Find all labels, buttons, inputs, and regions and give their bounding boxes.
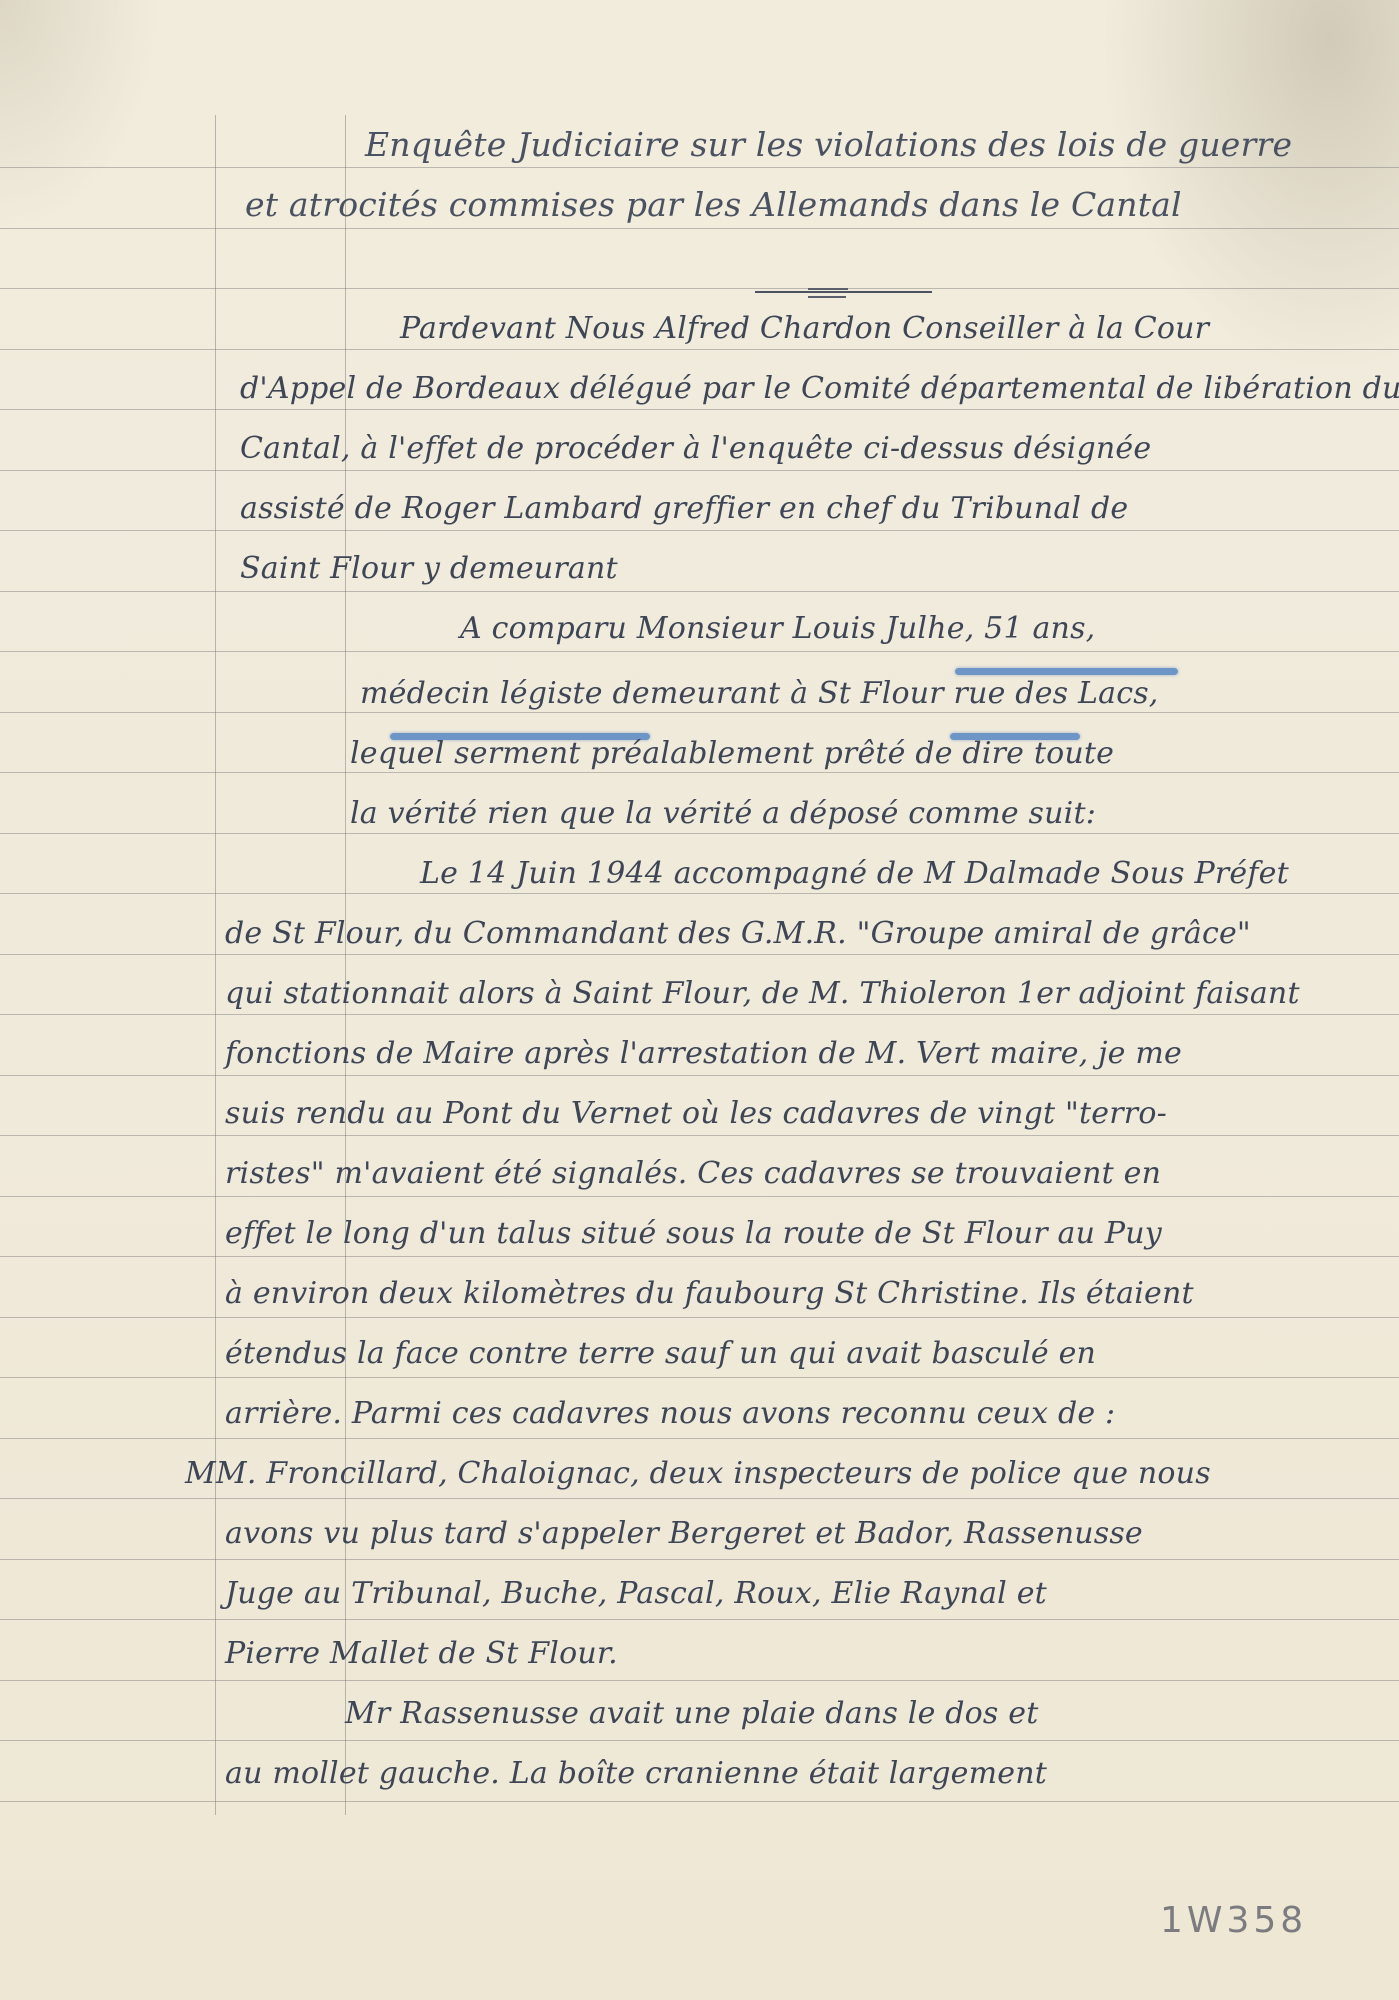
ruled-line (0, 1438, 1399, 1439)
body-line: Juge au Tribunal, Buche, Pascal, Roux, E… (225, 1577, 1047, 1611)
ruled-line (0, 1075, 1399, 1076)
handwritten-document-page: Enquête Judiciaire sur les violations de… (0, 0, 1399, 2000)
body-line: arrière. Parmi ces cadavres nous avons r… (225, 1397, 1115, 1431)
ruled-line (0, 1680, 1399, 1681)
body-line: fonctions de Maire après l'arrestation d… (225, 1037, 1182, 1071)
body-line: Pierre Mallet de St Flour. (225, 1637, 618, 1671)
ruled-line (0, 409, 1399, 410)
ruled-line (0, 167, 1399, 168)
ruled-line (0, 712, 1399, 713)
body-line: au mollet gauche. La boîte cranienne éta… (225, 1757, 1047, 1791)
margin-line-inner (345, 115, 346, 1815)
archive-reference-mark: 1W358 (1160, 1900, 1307, 1941)
ruled-line (0, 288, 1399, 289)
ruled-line (0, 1135, 1399, 1136)
body-line: de St Flour, du Commandant des G.M.R. "G… (225, 917, 1251, 951)
body-line: suis rendu au Pont du Vernet où les cada… (225, 1097, 1167, 1131)
ruled-line (0, 651, 1399, 652)
body-line: lequel serment préalablement prêté de di… (350, 737, 1114, 771)
blue-underline-louis-julhe (955, 668, 1178, 675)
body-line: MM. Froncillard, Chaloignac, deux inspec… (185, 1457, 1211, 1491)
document-title-line-2: et atrocités commises par les Allemands … (245, 188, 1182, 222)
body-line: A comparu Monsieur Louis Julhe, 51 ans, (460, 612, 1095, 646)
title-divider (755, 291, 932, 293)
body-line: qui stationnait alors à Saint Flour, de … (225, 977, 1300, 1011)
body-line: Saint Flour y demeurant (240, 552, 618, 586)
body-line: médecin légiste demeurant à St Flour rue… (360, 677, 1159, 711)
ruled-line (0, 228, 1399, 229)
body-line: Pardevant Nous Alfred Chardon Conseiller… (400, 312, 1209, 346)
body-line: ristes" m'avaient été signalés. Ces cada… (225, 1157, 1161, 1191)
body-line: à environ deux kilomètres du faubourg St… (225, 1277, 1194, 1311)
ruled-line (0, 591, 1399, 592)
body-line: la vérité rien que la vérité a déposé co… (350, 797, 1096, 831)
body-line: Mr Rassenusse avait une plaie dans le do… (345, 1697, 1038, 1731)
ruled-line (0, 1377, 1399, 1378)
ruled-line (0, 1498, 1399, 1499)
ruled-line (0, 954, 1399, 955)
ruled-line (0, 1317, 1399, 1318)
title-divider-mark-bottom (808, 296, 846, 298)
ruled-line (0, 772, 1399, 773)
document-title-line-1: Enquête Judiciaire sur les violations de… (365, 128, 1292, 162)
ruled-line (0, 833, 1399, 834)
ruled-line (0, 349, 1399, 350)
body-line: avons vu plus tard s'appeler Bergeret et… (225, 1517, 1143, 1551)
ruled-line (0, 470, 1399, 471)
ruled-line (0, 1740, 1399, 1741)
ruled-line (0, 1014, 1399, 1015)
ruled-line (0, 1559, 1399, 1560)
ruled-line (0, 1196, 1399, 1197)
body-line: assisté de Roger Lambard greffier en che… (240, 492, 1128, 526)
body-line: Cantal, à l'effet de procéder à l'enquêt… (240, 432, 1151, 466)
body-line: effet le long d'un talus situé sous la r… (225, 1217, 1162, 1251)
margin-line-left (215, 115, 216, 1815)
title-divider-mark-top (808, 288, 848, 290)
body-line: étendus la face contre terre sauf un qui… (225, 1337, 1096, 1371)
ruled-line (0, 1256, 1399, 1257)
ruled-line (0, 1801, 1399, 1802)
ruled-line (0, 893, 1399, 894)
body-line: d'Appel de Bordeaux délégué par le Comit… (240, 372, 1399, 406)
ruled-line (0, 530, 1399, 531)
body-line: Le 14 Juin 1944 accompagné de M Dalmade … (420, 857, 1289, 891)
ruled-line (0, 1619, 1399, 1620)
